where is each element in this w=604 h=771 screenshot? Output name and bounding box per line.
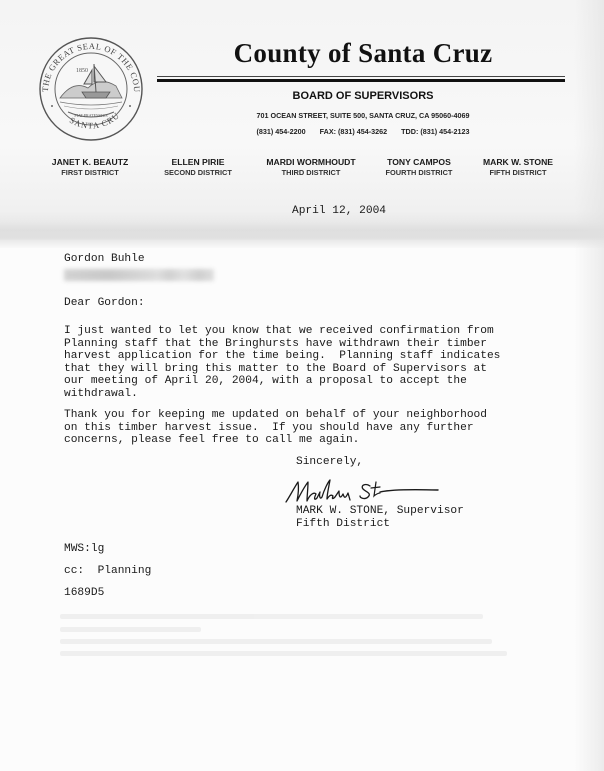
reverse-side-bleedthrough xyxy=(60,614,530,663)
redacted-address xyxy=(64,269,214,281)
contact-numbers: (831) 454-2200 FAX: (831) 454-3262 TDD: … xyxy=(158,127,568,136)
supervisor-district: THIRD DISTRICT xyxy=(251,168,371,177)
letter-date: April 12, 2004 xyxy=(292,205,386,218)
supervisor-district: SECOND DISTRICT xyxy=(138,168,258,177)
page-edge-shadow xyxy=(574,0,604,771)
phone-number: (831) 454-2200 xyxy=(256,127,305,136)
svg-text:FIAT PRATENSIUS: FIAT PRATENSIUS xyxy=(74,113,107,118)
supervisor-name: MARK W. STONE xyxy=(458,157,578,167)
document-number: 1689D5 xyxy=(64,587,104,600)
header-rule-thick xyxy=(157,79,565,82)
paper-fold-shadow xyxy=(0,222,604,248)
supervisor-entry: JANET K. BEAUTZ FIRST DISTRICT xyxy=(30,157,150,177)
county-title: County of Santa Cruz xyxy=(158,38,568,69)
svg-text:1850: 1850 xyxy=(76,68,88,74)
closing: Sincerely, xyxy=(296,456,363,469)
letter-page: THE GREAT SEAL OF THE COUNTY OF SANTA CR… xyxy=(0,0,604,771)
body-paragraph-1: I just wanted to let you know that we re… xyxy=(64,325,544,401)
supervisor-entry: MARK W. STONE FIFTH DISTRICT xyxy=(458,157,578,177)
supervisor-name: MARDI WORMHOUDT xyxy=(251,157,371,167)
office-address: 701 OCEAN STREET, SUITE 500, SANTA CRUZ,… xyxy=(158,111,568,120)
typist-initials: MWS:lg xyxy=(64,543,104,556)
fax-number: FAX: (831) 454-3262 xyxy=(320,127,388,136)
supervisor-entry: ELLEN PIRIE SECOND DISTRICT xyxy=(138,157,258,177)
board-heading: BOARD OF SUPERVISORS xyxy=(158,90,568,102)
supervisor-district: FIFTH DISTRICT xyxy=(458,168,578,177)
recipient-name: Gordon Buhle xyxy=(64,253,145,266)
supervisor-name: JANET K. BEAUTZ xyxy=(30,157,150,167)
signer-block: MARK W. STONE, Supervisor Fifth District xyxy=(296,505,464,530)
carbon-copy-line: cc: Planning xyxy=(64,565,151,578)
supervisor-roster: JANET K. BEAUTZ FIRST DISTRICT ELLEN PIR… xyxy=(30,157,590,181)
body-paragraph-2: Thank you for keeping me updated on beha… xyxy=(64,409,544,447)
salutation: Dear Gordon: xyxy=(64,297,145,310)
supervisor-district: FIRST DISTRICT xyxy=(30,168,150,177)
county-seal-icon: THE GREAT SEAL OF THE COUNTY OF SANTA CR… xyxy=(38,36,144,142)
tdd-number: TDD: (831) 454-2123 xyxy=(401,127,469,136)
header-rule-thin xyxy=(157,76,565,77)
supervisor-name: ELLEN PIRIE xyxy=(138,157,258,167)
supervisor-entry: MARDI WORMHOUDT THIRD DISTRICT xyxy=(251,157,371,177)
handwritten-signature-icon xyxy=(284,474,444,508)
